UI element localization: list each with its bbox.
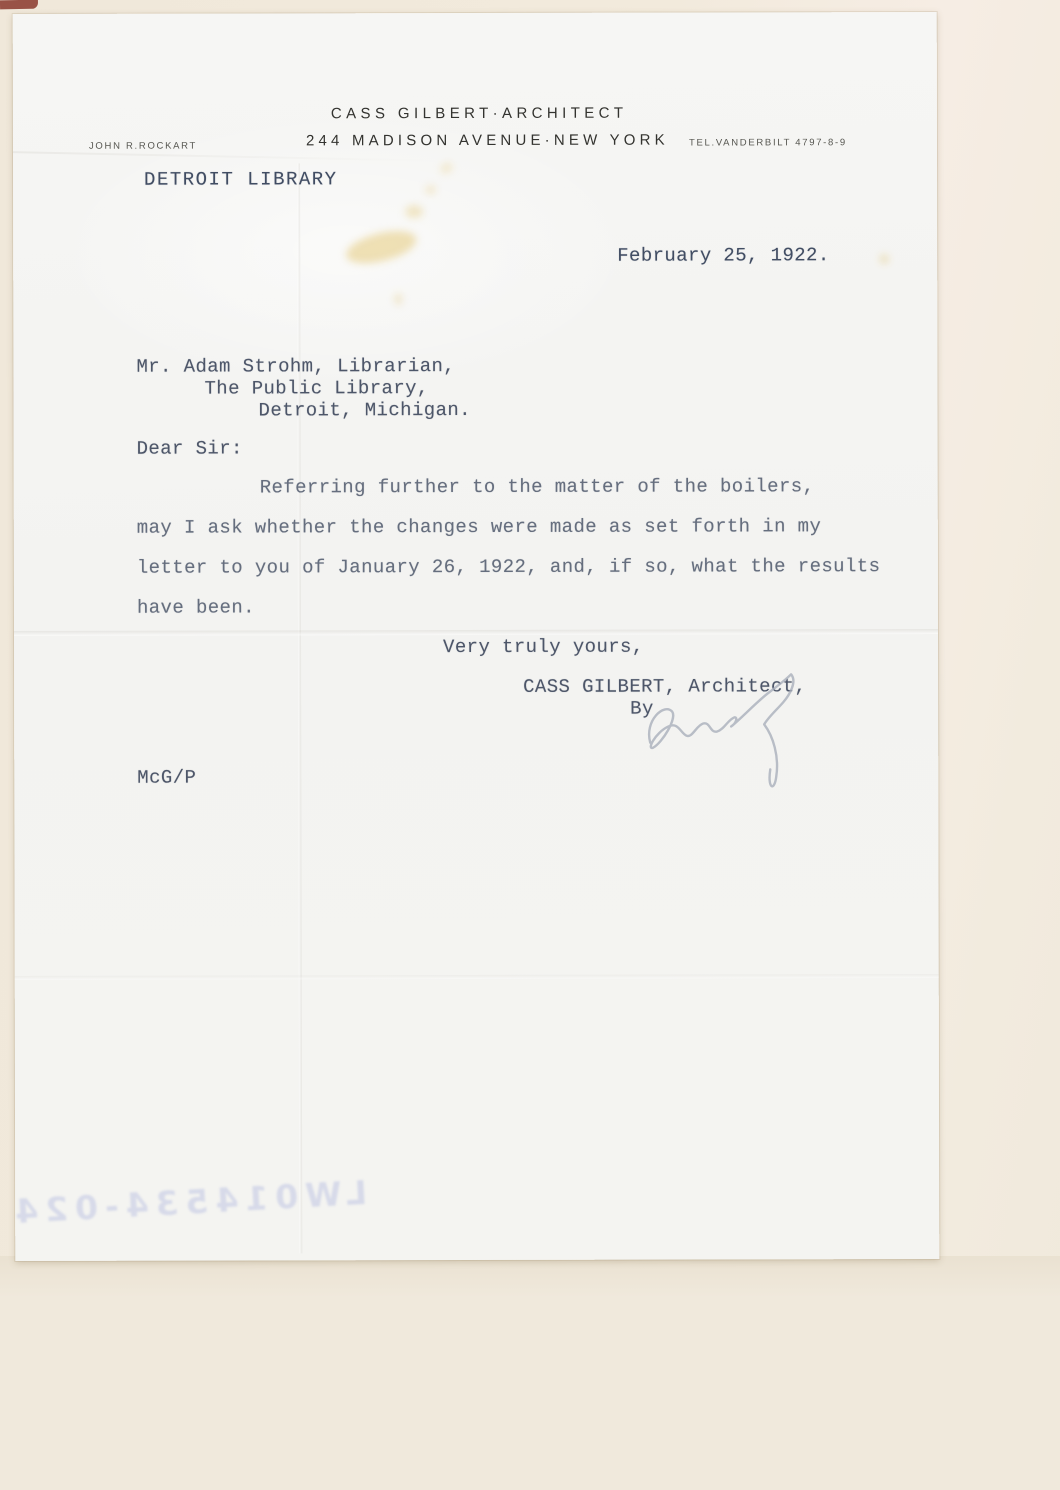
typist-initials: McG/P (137, 769, 196, 788)
body-line: may I ask whether the changes were made … (137, 517, 822, 537)
letterhead-telephone: TEL.VANDERBILT 4797-8-9 (689, 137, 847, 148)
bleed-through-writing: LW014534-024 (46, 1173, 368, 1229)
archive-corner-mark (0, 0, 38, 9)
letterhead-address: 244 MADISON AVENUE·NEW YORK (306, 132, 669, 150)
recipient-organization-line: The Public Library, (204, 379, 428, 398)
body-line: Referring further to the matter of the b… (260, 477, 815, 497)
recipient-name-line: Mr. Adam Strohm, Librarian, (136, 357, 455, 377)
lower-fold-crease (15, 974, 939, 980)
stain-dot (425, 185, 436, 194)
body-line: letter to you of January 26, 1922, and, … (137, 557, 881, 578)
salutation: Dear Sir: (137, 439, 243, 458)
library-received-stamp: DETROIT LIBRARY (144, 170, 338, 189)
stain-dot (405, 205, 423, 218)
vertical-fold-crease (297, 163, 302, 1253)
body-line: have been. (137, 598, 255, 617)
horizontal-fold-crease (14, 629, 938, 636)
stain-dot (438, 160, 454, 175)
letterhead-firm-name: CASS GILBERT·ARCHITECT (331, 105, 628, 123)
scanned-document-backing: CASS GILBERT·ARCHITECT 244 MADISON AVENU… (0, 0, 1060, 1490)
complimentary-closing: Very truly yours, (443, 638, 644, 657)
stain-dot (879, 254, 889, 264)
letterhead-associate-name: JOHN R.ROCKART (89, 141, 197, 152)
letter-page: CASS GILBERT·ARCHITECT 244 MADISON AVENU… (13, 12, 940, 1261)
letter-date: February 25, 1922. (617, 246, 829, 265)
stain-dot (394, 293, 402, 305)
diagonal-crease (13, 151, 443, 162)
stain-blot (343, 225, 420, 270)
recipient-city-line: Detroit, Michigan. (259, 401, 471, 420)
signature-scrawl (620, 664, 840, 814)
